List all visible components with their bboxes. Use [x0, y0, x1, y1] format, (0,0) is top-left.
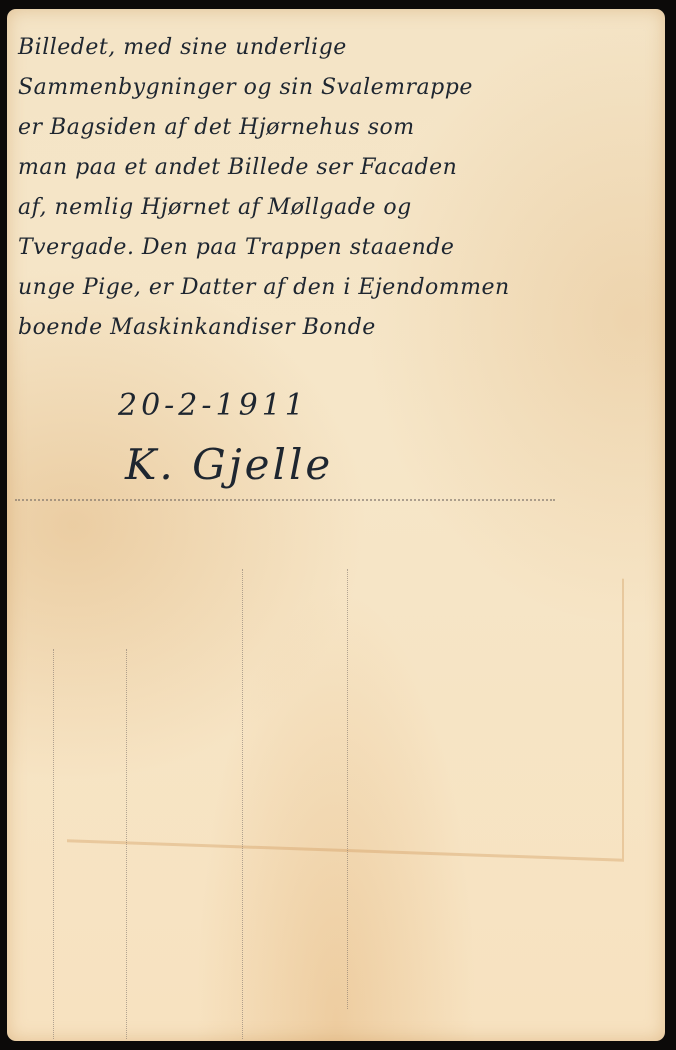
message-line-7: unge Pige, er Datter af den i Ejendommen: [18, 268, 668, 308]
message-line-5: af, nemlig Hjørnet af Møllgade og: [18, 188, 668, 228]
vertical-dotted-line-2: [126, 649, 127, 1039]
vertical-dotted-line-4: [347, 569, 348, 1009]
water-stain: [67, 559, 624, 861]
message-line-8: boende Maskinkandiser Bonde: [18, 308, 668, 348]
message-line-3: er Bagsiden af det Hjørnehus som: [18, 108, 668, 148]
vertical-dotted-line-3: [242, 569, 243, 1039]
handwritten-message: Billedet, med sine underlige Sammenbygni…: [18, 28, 668, 348]
message-line-4: man paa et andet Billede ser Facaden: [18, 148, 668, 188]
signature: K. Gjelle: [125, 440, 333, 489]
message-line-1: Billedet, med sine underlige: [18, 28, 668, 68]
vertical-dotted-line-1: [53, 649, 54, 1039]
horizontal-perforation-line: [15, 499, 555, 501]
handwritten-date: 20-2-1911: [118, 388, 308, 423]
signature-text: K. Gjelle: [125, 440, 333, 489]
message-line-2: Sammenbygninger og sin Svalетrappe: [18, 68, 668, 108]
message-line-6: Tvergade. Den paa Trappen staaende: [18, 228, 668, 268]
